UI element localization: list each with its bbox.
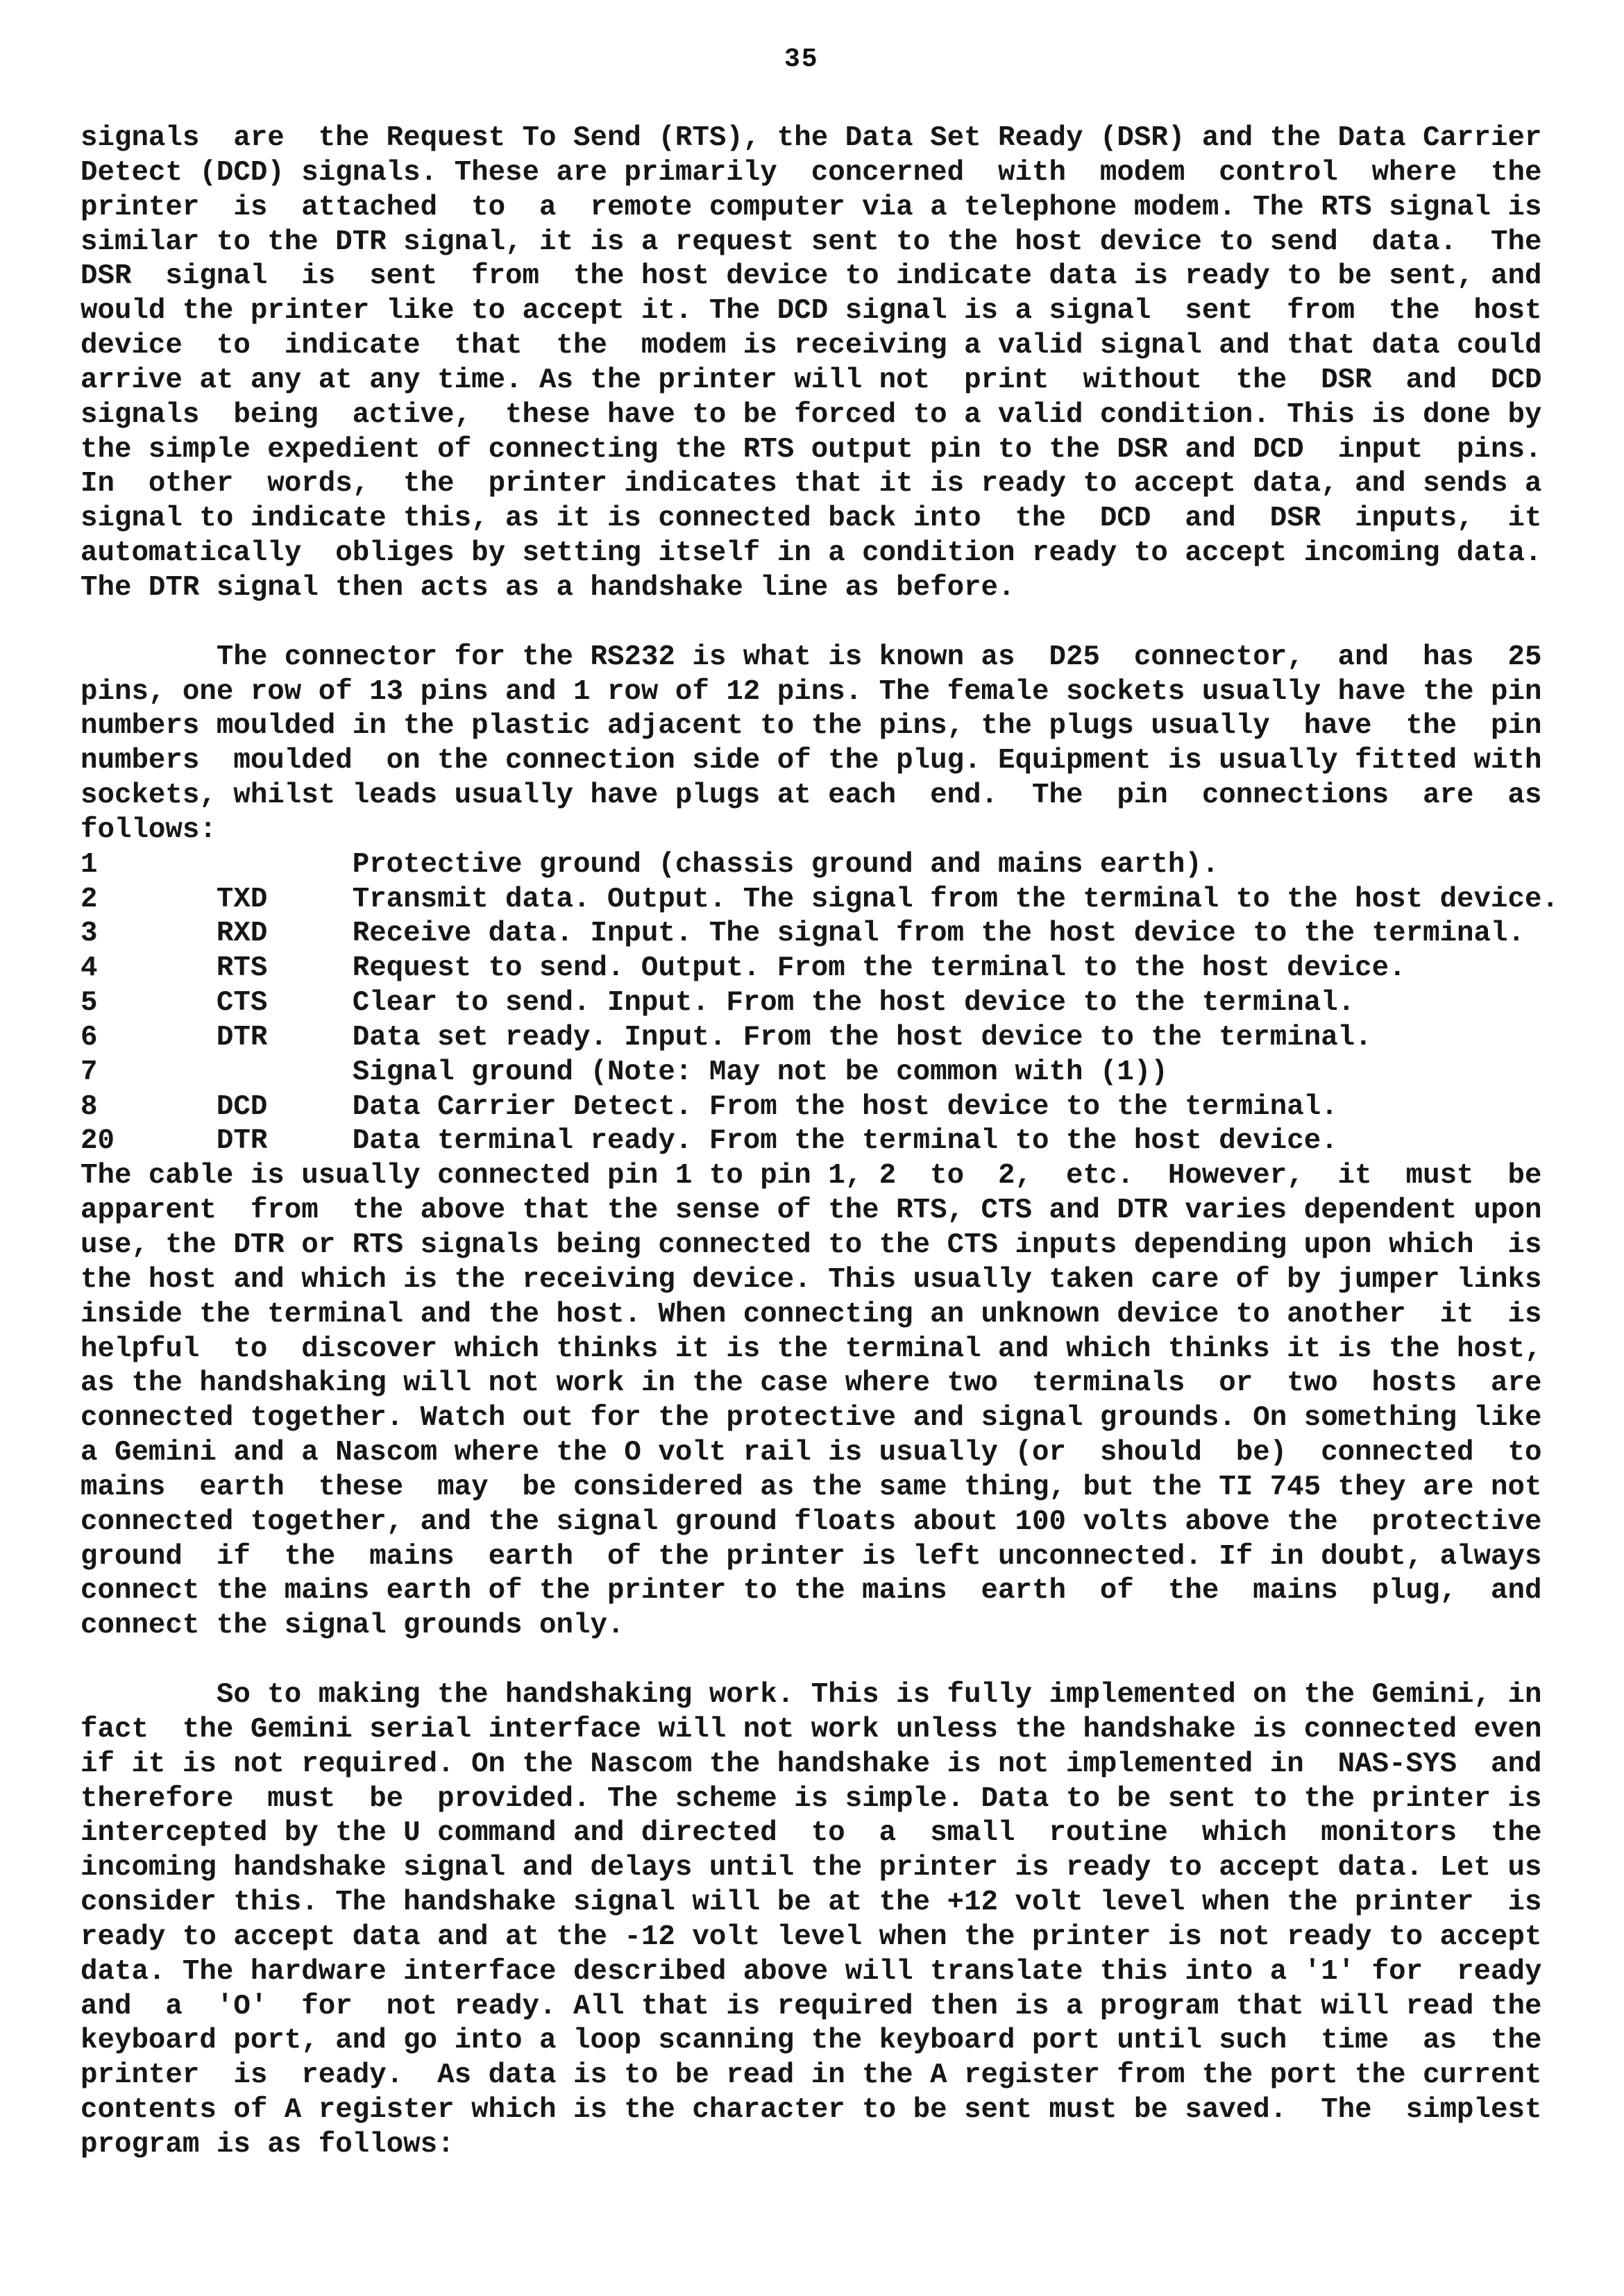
text-line: therefore must be provided. The scheme i… <box>81 1782 1566 1817</box>
text-line: contents of A register which is the char… <box>81 2093 1566 2128</box>
text-line: sockets, whilst leads usually have plugs… <box>81 779 1566 813</box>
text-line <box>81 606 1566 641</box>
text-line: consider this. The handshake signal will… <box>81 1886 1566 1921</box>
scanned-document-page: 35 signals are the Request To Send (RTS)… <box>0 0 1624 2296</box>
text-line: printer is attached to a remote computer… <box>81 191 1566 226</box>
text-line: data. The hardware interface described a… <box>81 1955 1566 1990</box>
text-line: 8 DCD Data Carrier Detect. From the host… <box>81 1090 1566 1125</box>
text-line <box>81 1644 1566 1678</box>
text-line: helpful to discover which thinks it is t… <box>81 1333 1566 1367</box>
text-line: 2 TXD Transmit data. Output. The signal … <box>81 883 1566 918</box>
text-line: The DTR signal then acts as a handshake … <box>81 571 1566 606</box>
text-line: connected together. Watch out for the pr… <box>81 1401 1566 1436</box>
text-line: 7 Signal ground (Note: May not be common… <box>81 1056 1566 1090</box>
text-line: follows: <box>81 813 1566 848</box>
text-line: keyboard port, and go into a loop scanni… <box>81 2024 1566 2059</box>
text-line: if it is not required. On the Nascom the… <box>81 1748 1566 1782</box>
text-line: the host and which is the receiving devi… <box>81 1263 1566 1298</box>
text-line: Detect (DCD) signals. These are primaril… <box>81 156 1566 191</box>
text-line: intercepted by the U command and directe… <box>81 1816 1566 1851</box>
text-line: 4 RTS Request to send. Output. From the … <box>81 952 1566 986</box>
page-number: 35 <box>784 44 819 74</box>
text-line: connected together, and the signal groun… <box>81 1505 1566 1540</box>
text-line: signals being active, these have to be f… <box>81 398 1566 433</box>
text-line: The connector for the RS232 is what is k… <box>81 641 1566 675</box>
text-line: automatically obliges by setting itself … <box>81 537 1566 571</box>
text-line: device to indicate that the modem is rec… <box>81 329 1566 364</box>
text-line: numbers moulded on the connection side o… <box>81 744 1566 779</box>
text-line: 20 DTR Data terminal ready. From the ter… <box>81 1124 1566 1159</box>
text-line: would the printer like to accept it. The… <box>81 294 1566 329</box>
text-line: incoming handshake signal and delays unt… <box>81 1851 1566 1886</box>
text-line: fact the Gemini serial interface will no… <box>81 1713 1566 1748</box>
text-line: 3 RXD Receive data. Input. The signal fr… <box>81 917 1566 952</box>
text-line: connect the mains earth of the printer t… <box>81 1574 1566 1609</box>
text-line: DSR signal is sent from the host device … <box>81 260 1566 294</box>
text-line: numbers moulded in the plastic adjacent … <box>81 709 1566 744</box>
text-line: In other words, the printer indicates th… <box>81 467 1566 502</box>
text-line: printer is ready. As data is to be read … <box>81 2059 1566 2093</box>
text-line: 5 CTS Clear to send. Input. From the hos… <box>81 986 1566 1021</box>
text-line: similar to the DTR signal, it is a reque… <box>81 226 1566 260</box>
text-line: So to making the handshaking work. This … <box>81 1678 1566 1713</box>
text-line: 6 DTR Data set ready. Input. From the ho… <box>81 1021 1566 1056</box>
text-line: ground if the mains earth of the printer… <box>81 1540 1566 1575</box>
text-line: use, the DTR or RTS signals being connec… <box>81 1229 1566 1263</box>
text-line: program is as follows: <box>81 2128 1566 2163</box>
text-line: inside the terminal and the host. When c… <box>81 1298 1566 1333</box>
body-text: signals are the Request To Send (RTS), t… <box>81 121 1566 2163</box>
text-line: pins, one row of 13 pins and 1 row of 12… <box>81 675 1566 710</box>
text-line: a Gemini and a Nascom where the O volt r… <box>81 1436 1566 1471</box>
text-line: 1 Protective ground (chassis ground and … <box>81 848 1566 883</box>
text-line: arrive at any at any time. As the printe… <box>81 364 1566 398</box>
text-line: mains earth these may be considered as t… <box>81 1471 1566 1505</box>
text-line: ready to accept data and at the -12 volt… <box>81 1921 1566 1955</box>
text-line: as the handshaking will not work in the … <box>81 1367 1566 1401</box>
text-line: the simple expedient of connecting the R… <box>81 433 1566 468</box>
text-line: The cable is usually connected pin 1 to … <box>81 1159 1566 1194</box>
text-line: signal to indicate this, as it is connec… <box>81 502 1566 537</box>
text-line: and a 'O' for not ready. All that is req… <box>81 1990 1566 2025</box>
text-line: apparent from the above that the sense o… <box>81 1194 1566 1229</box>
text-line: connect the signal grounds only. <box>81 1609 1566 1644</box>
text-line: signals are the Request To Send (RTS), t… <box>81 121 1566 156</box>
